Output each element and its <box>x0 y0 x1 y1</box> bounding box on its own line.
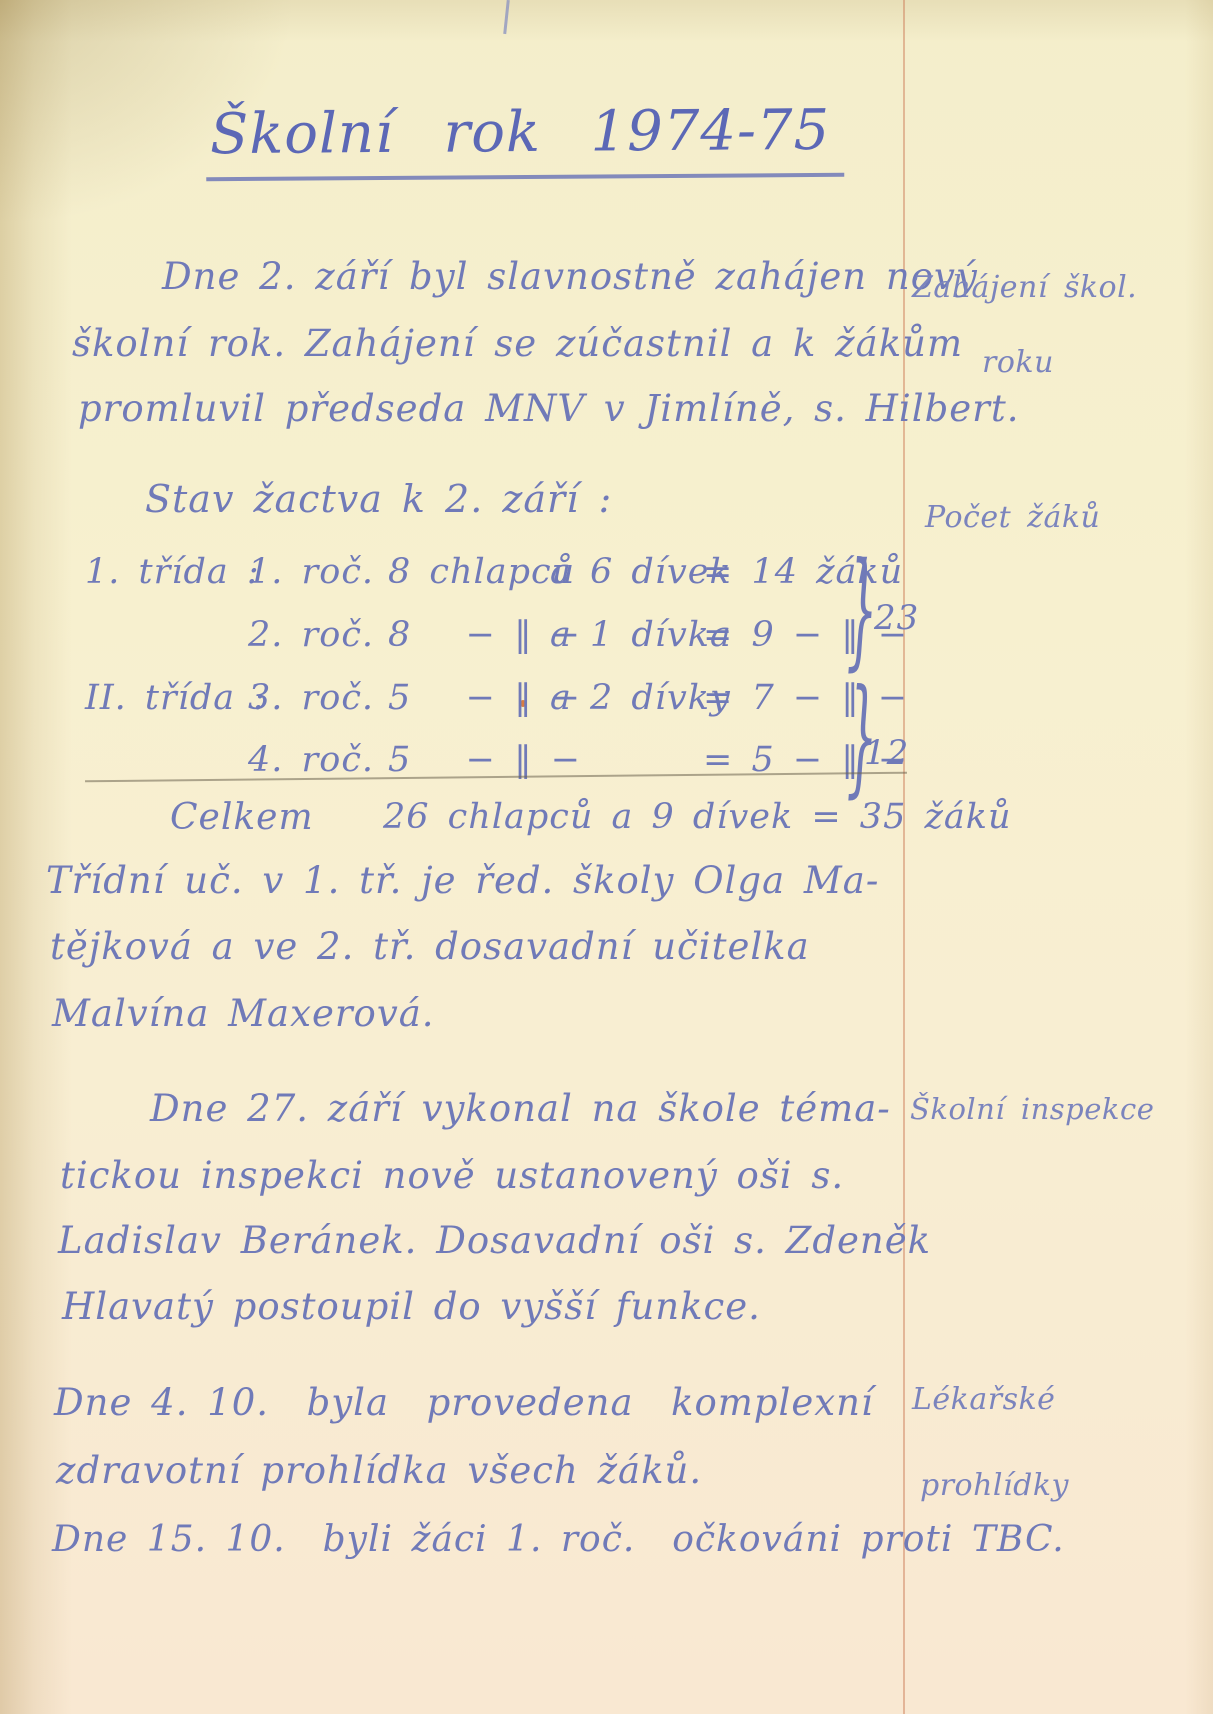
paragraph-line: tickou inspekci nově ustanovený oši s. <box>60 1157 844 1194</box>
boys-count: 5 − ‖ − <box>388 740 581 780</box>
paragraph-line: Dne 4. 10. byla provedena komplexní <box>54 1384 874 1421</box>
roster-heading: Stav žactva k 2. září : <box>145 480 612 518</box>
paragraph-line: tějková a ve 2. tř. dosavadní učitelka <box>50 928 810 965</box>
grade-label: 2. roč. <box>248 615 374 655</box>
paragraph-line: promluvil předseda MNV v Jimlíně, s. Hil… <box>78 390 1020 427</box>
margin-note-medical: Lékařské <box>912 1382 1055 1417</box>
margin-note-roster: Počet žáků <box>925 500 1100 535</box>
group-sum: 23 <box>874 598 919 638</box>
roster-row: II. třída : 3. roč. 5 − ‖ − a 2 dívky = … <box>0 678 905 736</box>
grade-label: 1. roč. <box>248 552 374 592</box>
total-value: 26 chlapců a 9 dívek = 35 žáků <box>383 800 1012 835</box>
grade-label: 3. roč. <box>248 678 374 718</box>
paragraph-line: Ladislav Beránek. Dosavadní oši s. Zdeně… <box>58 1222 931 1259</box>
roster-row: 2. roč. 8 − ‖ − a 1 dívka = 9 − ‖ − <box>0 615 905 673</box>
chronicle-page: Školní rok 1974-75 Dne 2. září byl slavn… <box>0 0 1213 1714</box>
boys-count: 8 chlapců <box>388 552 575 592</box>
roster-row: 1. třída : 1. roč. 8 chlapců a 6 dívek =… <box>0 552 905 610</box>
paragraph-line: Malvína Maxerová. <box>52 995 435 1032</box>
stray-ink-mark <box>503 0 510 34</box>
margin-note-opening: Zahájení škol. <box>912 270 1137 305</box>
paragraph-line: zdravotní prohlídka všech žáků. <box>56 1452 702 1489</box>
paragraph-line: Dne 2. září byl slavnostně zahájen nový <box>162 258 978 295</box>
class-label: 1. třída : <box>85 552 260 592</box>
margin-note-inspection: Školní inspekce <box>910 1092 1154 1126</box>
grade-label: 4. roč. <box>248 740 374 780</box>
roster-row: 4. roč. 5 − ‖ − = 5 − ‖ − <box>0 740 905 798</box>
paragraph-line: Hlavatý postoupil do vyšší funkce. <box>62 1288 761 1325</box>
paragraph-line: Třídní uč. v 1. tř. je řed. školy Olga M… <box>46 862 879 899</box>
group-sum: 12 <box>864 733 909 773</box>
paragraph-line: Dne 27. září vykonal na škole téma- <box>150 1090 891 1127</box>
paragraph-line: Dne 15. 10. byli žáci 1. roč. očkováni p… <box>52 1522 1065 1558</box>
margin-note-medical: prohlídky <box>920 1468 1069 1503</box>
margin-note-opening: roku <box>982 345 1054 380</box>
group-brace: } <box>847 537 878 685</box>
total-label: Celkem <box>170 800 314 836</box>
row-total: = 7 − ‖ − <box>703 678 908 718</box>
page-title: Školní rok 1974-75 <box>206 98 845 181</box>
class-label: II. třída : <box>85 678 266 718</box>
paragraph-line: školní rok. Zahájení se zúčastnil a k žá… <box>72 325 963 362</box>
